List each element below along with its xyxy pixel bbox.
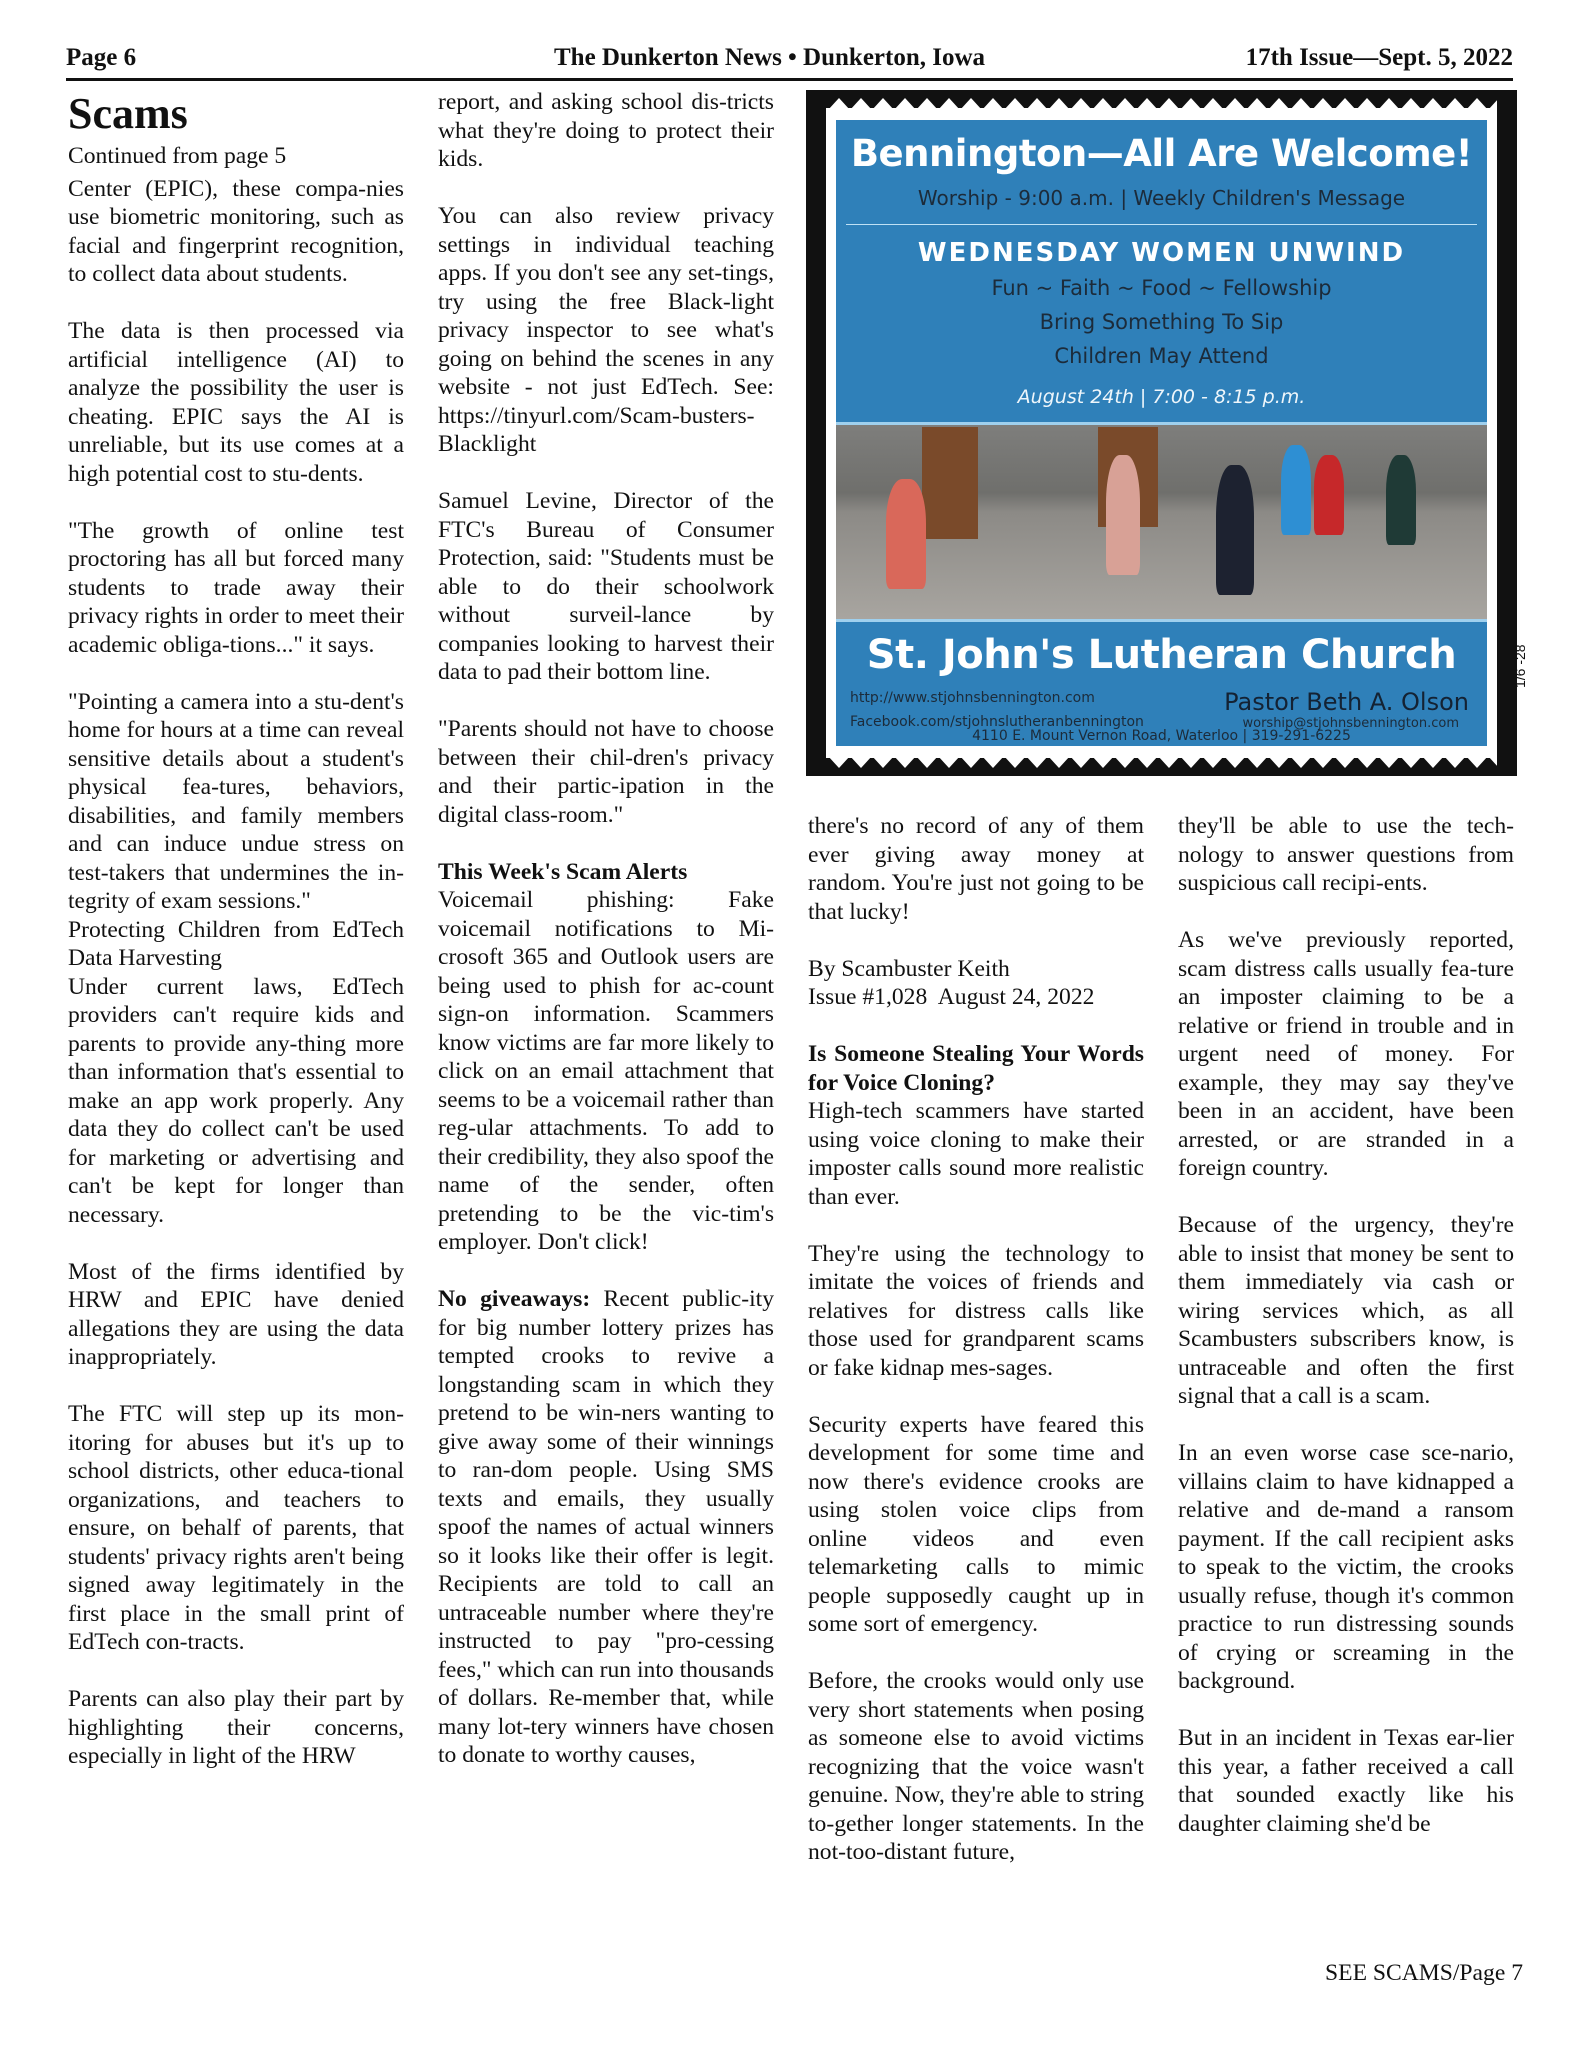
ad-title: Bennington—All Are Welcome!: [836, 132, 1487, 175]
paragraph: Samuel Levine, Director of the FTC's Bur…: [438, 487, 774, 687]
masthead: Page 6 The Dunkerton News • Dunkerton, I…: [66, 44, 1513, 78]
ad-frame: Bennington—All Are Welcome! Worship - 9:…: [826, 108, 1497, 758]
paragraph: You can also review privacy settings in …: [438, 202, 774, 459]
ad-divider: [846, 224, 1477, 225]
article-column-3: there's no record of any of them ever gi…: [808, 812, 1144, 1867]
paragraph: As we've previously reported, scam distr…: [1178, 926, 1514, 1183]
paragraph: they'll be able to use the tech-nology t…: [1178, 812, 1514, 898]
giveaways-text: Recent public-ity for big number lottery…: [438, 1286, 774, 1768]
paragraph: Parents can also play their part by high…: [68, 1685, 404, 1771]
jump-line: SEE SCAMS/Page 7: [1325, 1960, 1523, 1987]
ad-panel: Bennington—All Are Welcome! Worship - 9:…: [836, 120, 1487, 746]
photo-door: [922, 427, 978, 539]
church-name: St. John's Lutheran Church: [836, 632, 1487, 678]
photo-person: [1281, 445, 1311, 535]
page-number: Page 6: [66, 44, 136, 72]
paragraph: Because of the urgency, they're able to …: [1178, 1211, 1514, 1411]
issue-line: Issue #1,028 August 24, 2022: [808, 983, 1144, 1012]
section-subhead: Protecting Children from EdTech Data Har…: [68, 916, 404, 973]
pastor-name: Pastor Beth A. Olson: [1224, 688, 1469, 716]
photo-person: [1386, 455, 1416, 545]
event-date: August 24th | 7:00 - 8:15 p.m.: [836, 386, 1487, 408]
paragraph: "Pointing a camera into a stu-dent's hom…: [68, 688, 404, 916]
giveaways-label: No giveaways:: [438, 1286, 590, 1312]
paragraph: "The growth of online test proctoring ha…: [68, 517, 404, 660]
worship-time: Worship - 9:00 a.m. | Weekly Children's …: [836, 186, 1487, 210]
paragraph: But in an incident in Texas ear-lier thi…: [1178, 1724, 1514, 1838]
paragraph: Center (EPIC), these compa-nies use biom…: [68, 175, 404, 289]
masthead-rule: [66, 78, 1513, 81]
article-column-2: report, and asking school dis-tricts wha…: [438, 88, 774, 1770]
voice-cloning-subhead: Is Someone Stealing Your Words for Voice…: [808, 1040, 1144, 1097]
event-note: Bring Something To Sip: [836, 310, 1487, 334]
paragraph: Most of the firms identified by HRW and …: [68, 1258, 404, 1372]
issue-date: 17th Issue—Sept. 5, 2022: [1246, 44, 1513, 72]
church-advertisement: Bennington—All Are Welcome! Worship - 9:…: [806, 90, 1517, 776]
ad-code: 1/6 -28: [1512, 644, 1528, 688]
giveaways-alert: No giveaways: Recent public-ity for big …: [438, 1285, 774, 1770]
paragraph: Security experts have feared this develo…: [808, 1411, 1144, 1639]
church-website[interactable]: http://www.stjohnsbennington.com: [850, 690, 1095, 706]
paragraph: High-tech scammers have started using vo…: [808, 1097, 1144, 1211]
photo-person: [886, 479, 926, 589]
paragraph: there's no record of any of them ever gi…: [808, 812, 1144, 926]
scam-alerts-heading: This Week's Scam Alerts: [438, 858, 774, 887]
article-column-1: Scams Continued from page 5 Center (EPIC…: [68, 88, 404, 1771]
paragraph: report, and asking school dis-tricts wha…: [438, 88, 774, 174]
event-note: Children May Attend: [836, 344, 1487, 368]
paragraph: They're using the technology to imitate …: [808, 1240, 1144, 1383]
byline: By Scambuster Keith: [808, 955, 1144, 984]
continued-from: Continued from page 5: [68, 142, 404, 171]
event-photo: [836, 422, 1487, 622]
paragraph: The data is then processed via artificia…: [68, 317, 404, 488]
paragraph: The FTC will step up its mon-itoring for…: [68, 1400, 404, 1657]
event-tagline: Fun ~ Faith ~ Food ~ Fellowship: [836, 276, 1487, 300]
paragraph: Before, the crooks would only use very s…: [808, 1667, 1144, 1867]
article-column-4: they'll be able to use the tech-nology t…: [1178, 812, 1514, 1838]
scalloped-border-bottom: [806, 756, 1517, 776]
scalloped-border-top: [806, 90, 1517, 110]
church-address: 4110 E. Mount Vernon Road, Waterloo | 31…: [836, 728, 1487, 744]
article-headline: Scams: [68, 88, 404, 140]
publication-name: The Dunkerton News • Dunkerton, Iowa: [554, 44, 985, 72]
voicemail-alert: Voicemail phishing: Fake voicemail notif…: [438, 886, 774, 1257]
photo-person: [1106, 455, 1140, 575]
event-title: WEDNESDAY WOMEN UNWIND: [836, 238, 1487, 268]
photo-person: [1314, 455, 1344, 535]
paragraph: "Parents should not have to choose betwe…: [438, 715, 774, 829]
paragraph: Under current laws, EdTech providers can…: [68, 973, 404, 1230]
photo-person: [1216, 465, 1254, 595]
paragraph: In an even worse case sce-nario, villain…: [1178, 1439, 1514, 1696]
